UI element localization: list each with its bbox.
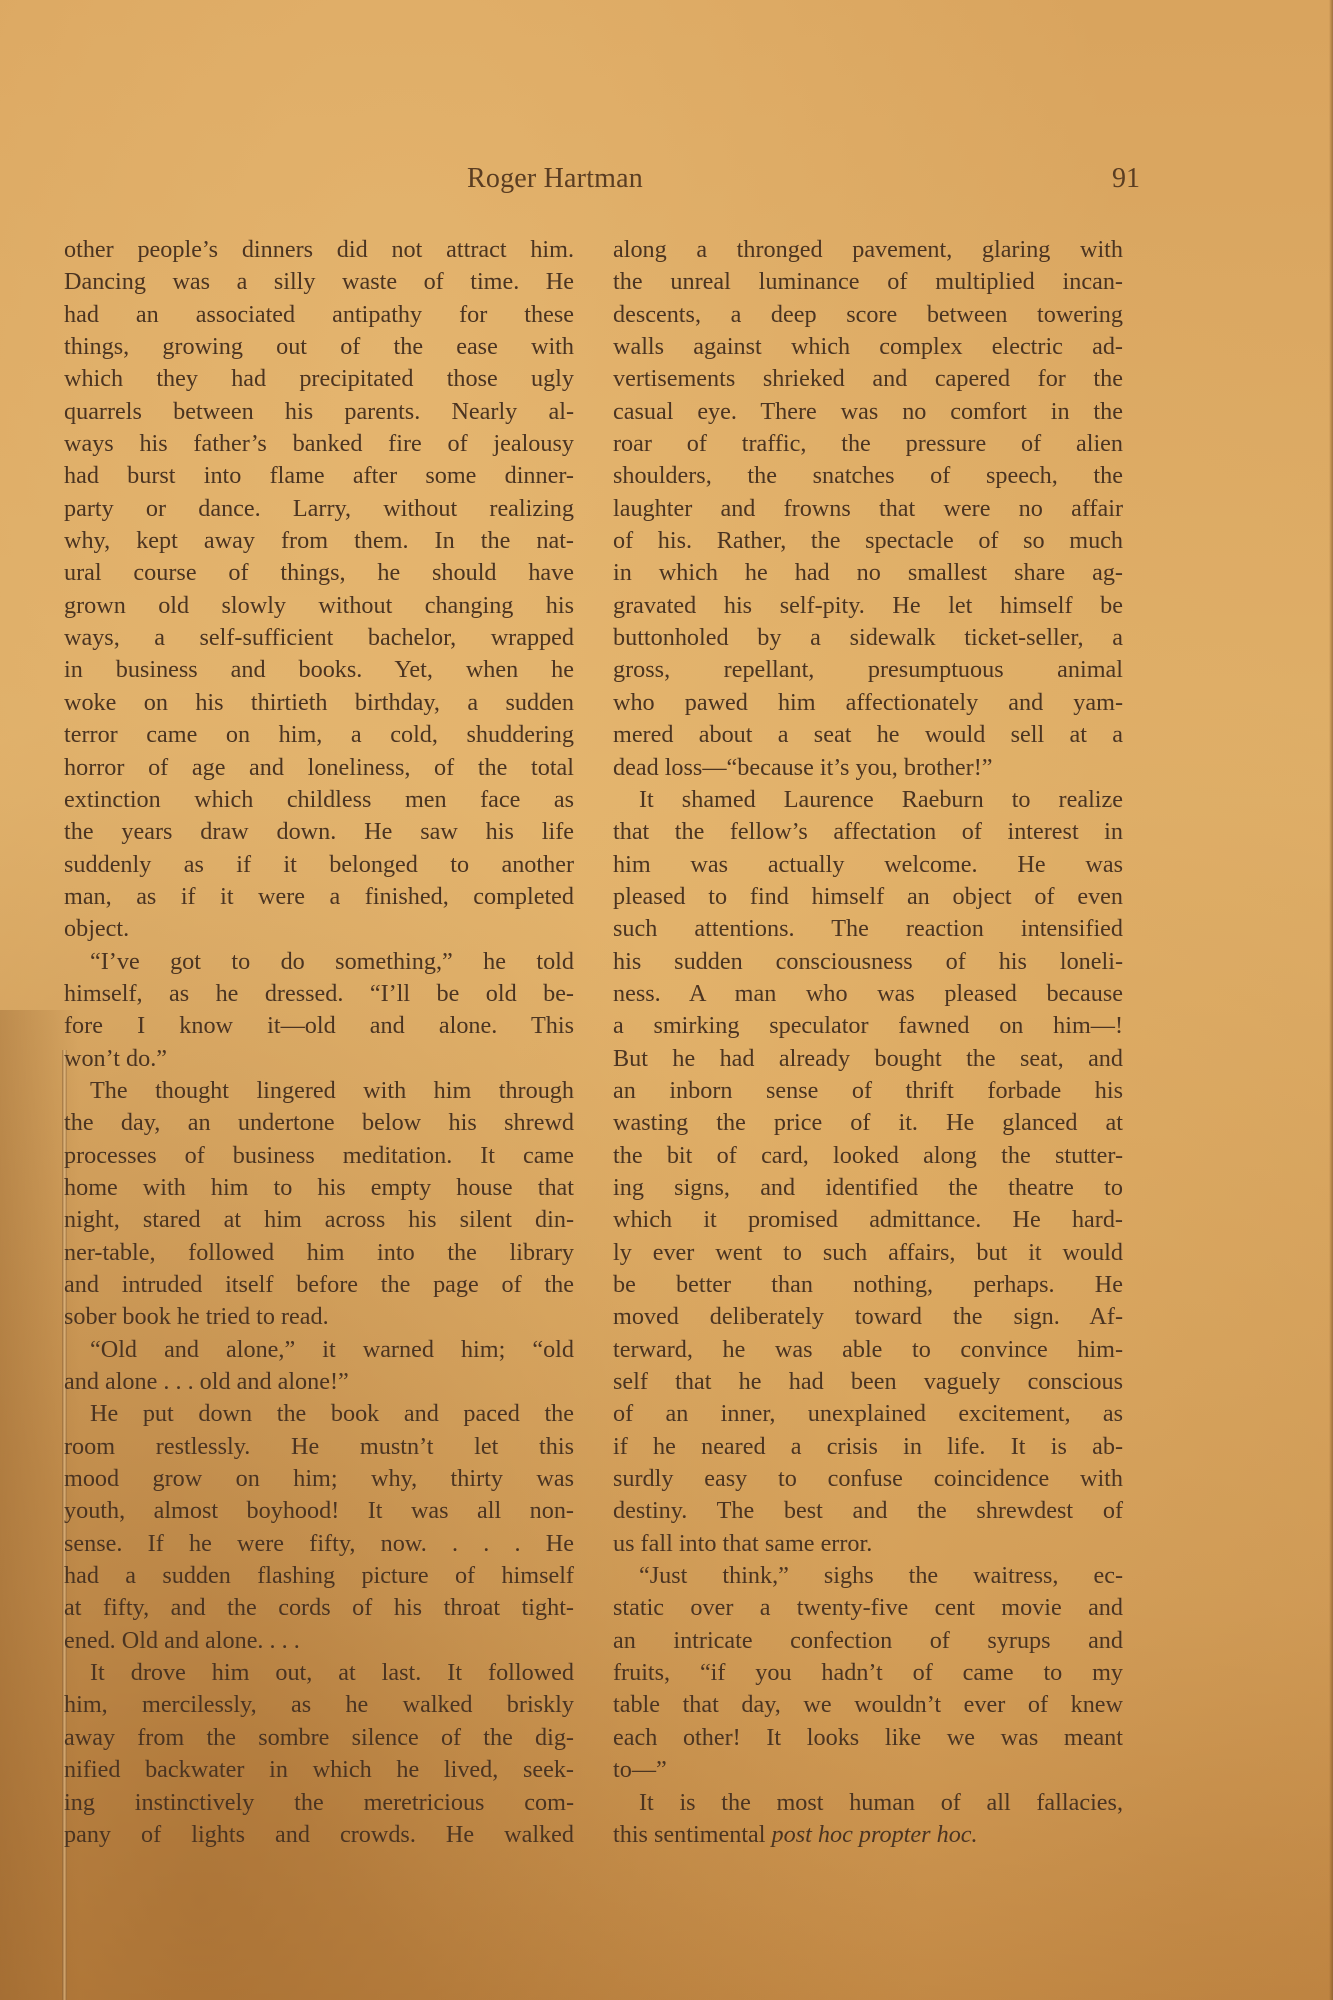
text-line: and alone . . . old and alone!” bbox=[64, 1366, 574, 1398]
text-line: mood grow on him; why, thirty was bbox=[64, 1463, 574, 1495]
text-line: and intruded itself before the page of t… bbox=[64, 1269, 574, 1301]
text-line: him, mercilessly, as he walked briskly bbox=[64, 1689, 574, 1721]
text-line: be better than nothing, perhaps. He bbox=[613, 1269, 1123, 1301]
text-line: away from the sombre silence of the dig- bbox=[64, 1722, 574, 1754]
text-line: his sudden consciousness of his loneli- bbox=[613, 946, 1123, 978]
text-line: dead loss—“because it’s you, brother!” bbox=[613, 752, 1123, 784]
text-line: wasting the price of it. He glanced at bbox=[613, 1107, 1123, 1139]
text-line: along a thronged pavement, glaring with bbox=[613, 234, 1123, 266]
text-line: won’t do.” bbox=[64, 1043, 574, 1075]
text-line: to—” bbox=[613, 1754, 1123, 1786]
text-column-right: along a thronged pavement, glaring witht… bbox=[613, 234, 1123, 1851]
text-line: descents, a deep score between towering bbox=[613, 299, 1123, 331]
text-line: each other! It looks like we was meant bbox=[613, 1722, 1123, 1754]
text-line: gravated his self-pity. He let himself b… bbox=[613, 590, 1123, 622]
page-number: 91 bbox=[1112, 163, 1140, 195]
text-line: the bit of card, looked along the stutte… bbox=[613, 1140, 1123, 1172]
text-line: static over a twenty-five cent movie and bbox=[613, 1592, 1123, 1624]
text-line: the unreal luminance of multiplied incan… bbox=[613, 266, 1123, 298]
text-line: an intricate confection of syrups and bbox=[613, 1625, 1123, 1657]
text-line: mered about a seat he would sell at a bbox=[613, 719, 1123, 751]
text-line: him was actually welcome. He was bbox=[613, 849, 1123, 881]
text-line: which they had precipitated those ugly bbox=[64, 363, 574, 395]
text-line: room restlessly. He mustn’t let this bbox=[64, 1431, 574, 1463]
text-line: other people’s dinners did not attract h… bbox=[64, 234, 574, 266]
text-line-italic: post hoc propter hoc. bbox=[772, 1821, 978, 1848]
text-line: He put down the book and paced the bbox=[64, 1398, 574, 1430]
text-line: of his. Rather, the spectacle of so much bbox=[613, 525, 1123, 557]
text-line: youth, almost boyhood! It was all non- bbox=[64, 1495, 574, 1527]
text-line: ner-table, followed him into the library bbox=[64, 1237, 574, 1269]
text-line: that the fellow’s affectation of interes… bbox=[613, 816, 1123, 848]
text-line: fruits, “if you hadn’t of came to my bbox=[613, 1657, 1123, 1689]
text-line: But he had already bought the seat, and bbox=[613, 1043, 1123, 1075]
text-line: grown old slowly without changing his bbox=[64, 590, 574, 622]
text-line: ness. A man who was pleased because bbox=[613, 978, 1123, 1010]
text-line: in which he had no smallest share ag- bbox=[613, 557, 1123, 589]
text-line: sense. If he were fifty, now. . . . He bbox=[64, 1528, 574, 1560]
text-line: shoulders, the snatches of speech, the bbox=[613, 460, 1123, 492]
text-line: It is the most human of all fallacies, bbox=[613, 1787, 1123, 1819]
text-line: had an associated antipathy for these bbox=[64, 299, 574, 331]
text-line: roar of traffic, the pressure of alien bbox=[613, 428, 1123, 460]
text-line: party or dance. Larry, without realizing bbox=[64, 493, 574, 525]
text-line: buttonholed by a sidewalk ticket-seller,… bbox=[613, 622, 1123, 654]
text-line: terror came on him, a cold, shuddering bbox=[64, 719, 574, 751]
text-line: surdly easy to confuse coincidence with bbox=[613, 1463, 1123, 1495]
text-line: the years draw down. He saw his life bbox=[64, 816, 574, 848]
text-line: home with him to his empty house that bbox=[64, 1172, 574, 1204]
text-line: The thought lingered with him through bbox=[64, 1075, 574, 1107]
text-line: moved deliberately toward the sign. Af- bbox=[613, 1301, 1123, 1333]
text-line: “Just think,” sighs the waitress, ec- bbox=[613, 1560, 1123, 1592]
text-line: object. bbox=[64, 913, 574, 945]
text-line: pany of lights and crowds. He walked bbox=[64, 1819, 574, 1851]
text-line: Dancing was a silly waste of time. He bbox=[64, 266, 574, 298]
text-line: man, as if it were a finished, completed bbox=[64, 881, 574, 913]
running-head: Roger Hartman 91 bbox=[0, 163, 1333, 203]
text-line: It drove him out, at last. It followed bbox=[64, 1657, 574, 1689]
text-line: destiny. The best and the shrewdest of bbox=[613, 1495, 1123, 1527]
text-line: ly ever went to such affairs, but it wou… bbox=[613, 1237, 1123, 1269]
text-line: self that he had been vaguely conscious bbox=[613, 1366, 1123, 1398]
text-line: had a sudden flashing picture of himself bbox=[64, 1560, 574, 1592]
text-line: ened. Old and alone. . . . bbox=[64, 1625, 574, 1657]
text-line: extinction which childless men face as bbox=[64, 784, 574, 816]
text-line: the day, an undertone below his shrewd bbox=[64, 1107, 574, 1139]
text-line: quarrels between his parents. Nearly al- bbox=[64, 396, 574, 428]
text-line: in business and books. Yet, when he bbox=[64, 654, 574, 686]
text-line: ways his father’s banked fire of jealous… bbox=[64, 428, 574, 460]
text-line: nified backwater in which he lived, seek… bbox=[64, 1754, 574, 1786]
page-edge bbox=[1329, 0, 1333, 2000]
text-line: of an inner, unexplained excitement, as bbox=[613, 1398, 1123, 1430]
text-line: a smirking speculator fawned on him—! bbox=[613, 1010, 1123, 1042]
text-line: ural course of things, he should have bbox=[64, 557, 574, 589]
text-line: casual eye. There was no comfort in the bbox=[613, 396, 1123, 428]
text-line: vertisements shrieked and capered for th… bbox=[613, 363, 1123, 395]
text-line: woke on his thirtieth birthday, a sudden bbox=[64, 687, 574, 719]
text-line: ing signs, and identified the theatre to bbox=[613, 1172, 1123, 1204]
text-line-roman: this sentimental bbox=[613, 1821, 772, 1848]
running-title: Roger Hartman bbox=[467, 163, 643, 195]
text-line: “Old and alone,” it warned him; “old bbox=[64, 1334, 574, 1366]
text-line: himself, as he dressed. “I’ll be old be- bbox=[64, 978, 574, 1010]
text-line: laughter and frowns that were no affair bbox=[613, 493, 1123, 525]
text-line: if he neared a crisis in life. It is ab- bbox=[613, 1431, 1123, 1463]
text-line: things, growing out of the ease with bbox=[64, 331, 574, 363]
text-line: gross, repellant, presumptuous animal bbox=[613, 654, 1123, 686]
text-line: ways, a self-sufficient bachelor, wrappe… bbox=[64, 622, 574, 654]
text-line: sober book he tried to read. bbox=[64, 1301, 574, 1333]
text-line: which it promised admittance. He hard- bbox=[613, 1204, 1123, 1236]
text-line: table that day, we wouldn’t ever of knew bbox=[613, 1689, 1123, 1721]
text-line: suddenly as if it belonged to another bbox=[64, 849, 574, 881]
text-column-left: other people’s dinners did not attract h… bbox=[64, 234, 574, 1851]
text-line: why, kept away from them. In the nat- bbox=[64, 525, 574, 557]
text-line: at fifty, and the cords of his throat ti… bbox=[64, 1592, 574, 1624]
text-line: who pawed him affectionately and yam- bbox=[613, 687, 1123, 719]
text-line: ing instinctively the meretricious com- bbox=[64, 1787, 574, 1819]
text-line: an inborn sense of thrift forbade his bbox=[613, 1075, 1123, 1107]
text-line: fore I know it—old and alone. This bbox=[64, 1010, 574, 1042]
text-line: processes of business meditation. It cam… bbox=[64, 1140, 574, 1172]
text-line: “I’ve got to do something,” he told bbox=[64, 946, 574, 978]
text-line: terward, he was able to convince him- bbox=[613, 1334, 1123, 1366]
text-line: pleased to find himself an object of eve… bbox=[613, 881, 1123, 913]
text-line: such attentions. The reaction intensifie… bbox=[613, 913, 1123, 945]
text-line: horror of age and loneliness, of the tot… bbox=[64, 752, 574, 784]
text-line: walls against which complex electric ad- bbox=[613, 331, 1123, 363]
text-line: had burst into flame after some dinner- bbox=[64, 460, 574, 492]
text-line: It shamed Laurence Raeburn to realize bbox=[613, 784, 1123, 816]
text-line: this sentimental post hoc propter hoc. bbox=[613, 1819, 1123, 1851]
text-line: night, stared at him across his silent d… bbox=[64, 1204, 574, 1236]
text-line: us fall into that same error. bbox=[613, 1528, 1123, 1560]
